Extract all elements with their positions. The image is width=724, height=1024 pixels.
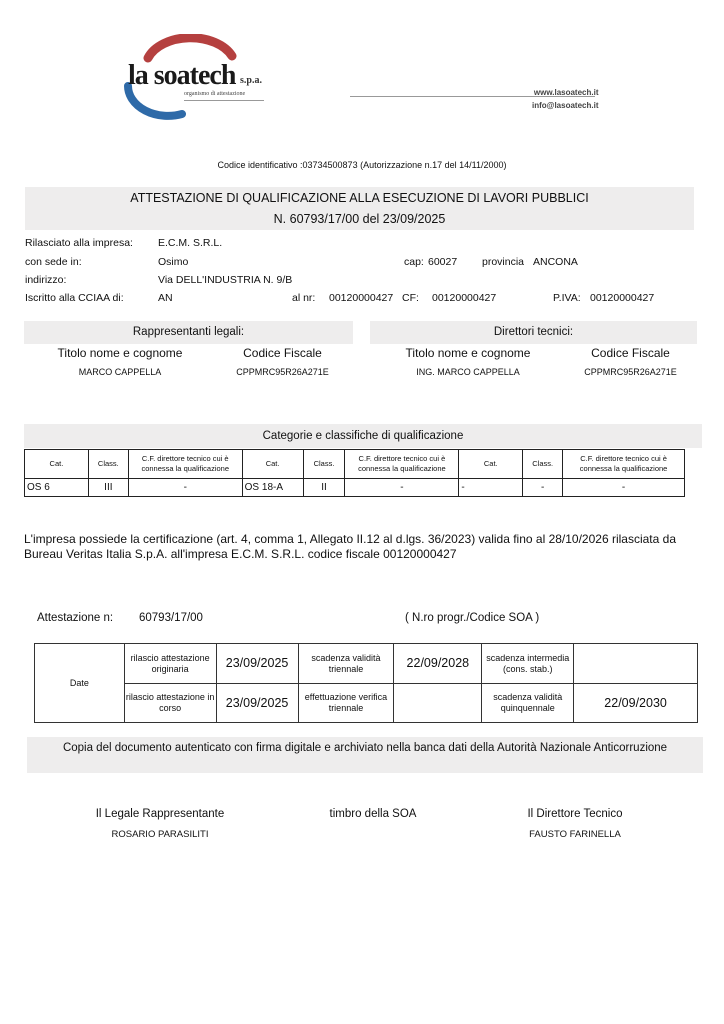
- issued-value: E.C.M. S.R.L.: [158, 237, 222, 249]
- legal-reps-col-name: Titolo nome e cognome: [40, 346, 200, 360]
- original-release-value: 23/09/2025: [216, 644, 298, 684]
- piva-label: P.IVA:: [553, 292, 581, 304]
- attestation-label: Attestazione n:: [37, 612, 113, 624]
- logo-suffix: s.p.a.: [240, 75, 262, 86]
- cell-cat: OS 18-A: [242, 479, 303, 497]
- legal-rep-signature-name: ROSARIO PARASILITI: [70, 829, 250, 840]
- triennial-check-value: [394, 684, 482, 723]
- tech-dir-signature-label: Il Direttore Tecnico: [495, 808, 655, 820]
- triennial-check-label: effettuazione verifica triennale: [298, 684, 394, 723]
- dates-table: Date rilascio attestazione originaria 23…: [34, 643, 698, 723]
- intermediate-expiry-value: [574, 644, 698, 684]
- cell-class: -: [523, 479, 563, 497]
- website-link[interactable]: www.lasoatech.it: [532, 86, 598, 99]
- original-release-label: rilascio attestazione originaria: [124, 644, 216, 684]
- logo-tagline: organismo di attestazione: [184, 91, 245, 97]
- tech-director-cf: CPPMRC95R26A271E: [558, 367, 703, 377]
- header-class: Class.: [303, 450, 345, 479]
- issued-label: Rilasciato alla impresa:: [25, 237, 133, 249]
- table-row: OS 6 III - OS 18-A II - - - -: [25, 479, 685, 497]
- cell-cat: OS 6: [25, 479, 89, 497]
- header-class: Class.: [523, 450, 563, 479]
- intermediate-expiry-label: scadenza intermedia (cons. stab.): [482, 644, 574, 684]
- quinquennial-expiry-value: 22/09/2030: [574, 684, 698, 723]
- logo-divider: [184, 100, 264, 101]
- tech-directors-col-name: Titolo nome e cognome: [388, 346, 548, 360]
- contact-block: www.lasoatech.it info@lasoatech.it: [532, 86, 598, 112]
- tech-directors-col-cf: Codice Fiscale: [558, 346, 703, 360]
- header-cf: C.F. direttore tecnico cui è connessa la…: [563, 450, 685, 479]
- header-cat: Cat.: [459, 450, 523, 479]
- province-label: provincia: [482, 256, 524, 268]
- attestation-note: ( N.ro progr./Codice SOA ): [405, 612, 539, 624]
- document-title: ATTESTAZIONE DI QUALIFICAZIONE ALLA ESEC…: [25, 191, 694, 205]
- nr-label: al nr:: [292, 292, 315, 304]
- seat-label: con sede in:: [25, 256, 82, 268]
- header-cat: Cat.: [25, 450, 89, 479]
- tech-director-name: ING. MARCO CAPPELLA: [388, 367, 548, 377]
- cap-label: cap:: [404, 256, 424, 268]
- cell-cf: -: [345, 479, 459, 497]
- nr-value: 00120000427: [329, 292, 393, 304]
- categories-header-row: Cat. Class. C.F. direttore tecnico cui è…: [25, 450, 685, 479]
- cell-cat: -: [459, 479, 523, 497]
- email-link[interactable]: info@lasoatech.it: [532, 99, 598, 112]
- legal-rep-signature-label: Il Legale Rappresentante: [70, 808, 250, 820]
- soa-stamp-label: timbro della SOA: [293, 808, 453, 820]
- cf-value: 00120000427: [432, 292, 496, 304]
- cell-cf: -: [128, 479, 242, 497]
- tech-directors-heading: Direttori tecnici:: [370, 326, 697, 338]
- certification-text: L'impresa possiede la certificazione (ar…: [24, 532, 700, 562]
- company-logo: la soatech s.p.a. organismo di attestazi…: [120, 34, 270, 122]
- categories-heading: Categorie e classifiche di qualificazion…: [24, 430, 702, 442]
- identification-code: Codice identificativo :03734500873 (Auto…: [0, 160, 724, 170]
- legal-reps-col-cf: Codice Fiscale: [210, 346, 355, 360]
- dates-row-1: Date rilascio attestazione originaria 23…: [35, 644, 698, 684]
- header-cat: Cat.: [242, 450, 303, 479]
- legal-rep-name: MARCO CAPPELLA: [40, 367, 200, 377]
- dates-label: Date: [35, 644, 125, 723]
- cf-label: CF:: [402, 292, 419, 304]
- cell-cf: -: [563, 479, 685, 497]
- copy-note: Copia del documento autenticato con firm…: [27, 742, 703, 754]
- cciaa-label: Iscritto alla CCIAA di:: [25, 292, 124, 304]
- piva-value: 00120000427: [590, 292, 654, 304]
- triennial-expiry-label: scadenza validità triennale: [298, 644, 394, 684]
- tech-dir-signature-name: FAUSTO FARINELLA: [495, 829, 655, 840]
- quinquennial-expiry-label: scadenza validità quinquennale: [482, 684, 574, 723]
- cciaa-value: AN: [158, 292, 173, 304]
- current-release-value: 23/09/2025: [216, 684, 298, 723]
- cap-value: 60027: [428, 256, 457, 268]
- header-cf: C.F. direttore tecnico cui è connessa la…: [345, 450, 459, 479]
- categories-table: Cat. Class. C.F. direttore tecnico cui è…: [24, 449, 685, 497]
- current-release-label: rilascio attestazione in corso: [124, 684, 216, 723]
- address-value: Via DELL'INDUSTRIA N. 9/B: [158, 274, 292, 286]
- cell-class: II: [303, 479, 345, 497]
- address-label: indirizzo:: [25, 274, 66, 286]
- header-class: Class.: [88, 450, 128, 479]
- legal-reps-heading: Rappresentanti legali:: [24, 326, 353, 338]
- cell-class: III: [88, 479, 128, 497]
- triennial-expiry-value: 22/09/2028: [394, 644, 482, 684]
- document-number: N. 60793/17/00 del 23/09/2025: [25, 212, 694, 226]
- attestation-value: 60793/17/00: [139, 612, 203, 624]
- legal-rep-cf: CPPMRC95R26A271E: [210, 367, 355, 377]
- province-value: ANCONA: [533, 256, 578, 268]
- dates-row-2: rilascio attestazione in corso 23/09/202…: [35, 684, 698, 723]
- header-cf: C.F. direttore tecnico cui è connessa la…: [128, 450, 242, 479]
- logo-name: la soatech: [128, 60, 235, 92]
- seat-value: Osimo: [158, 256, 188, 268]
